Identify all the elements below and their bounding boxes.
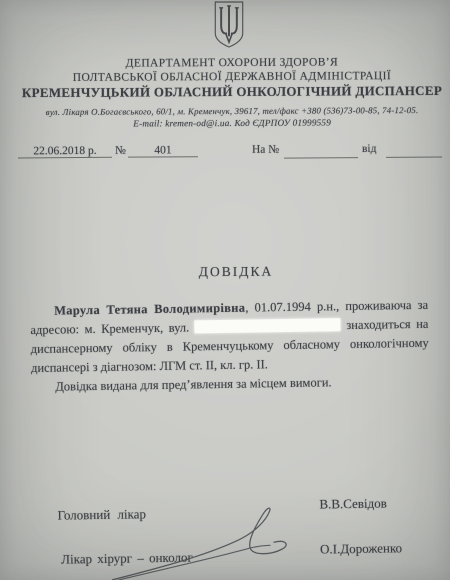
scanned-certificate: ДЕПАРТАМЕНТ ОХОРОНИ ЗДОРОВ’Я ПОЛТАВСЬКОЇ… <box>0 0 450 580</box>
chief-doctor-name: В.В.Севідов <box>319 495 387 512</box>
surgeon-oncologist-name: О.І.Дороженко <box>320 540 402 557</box>
signature-block: Головний лікар В.В.Севідов Лікар хірург … <box>0 0 450 580</box>
handwritten-signature <box>93 497 304 580</box>
